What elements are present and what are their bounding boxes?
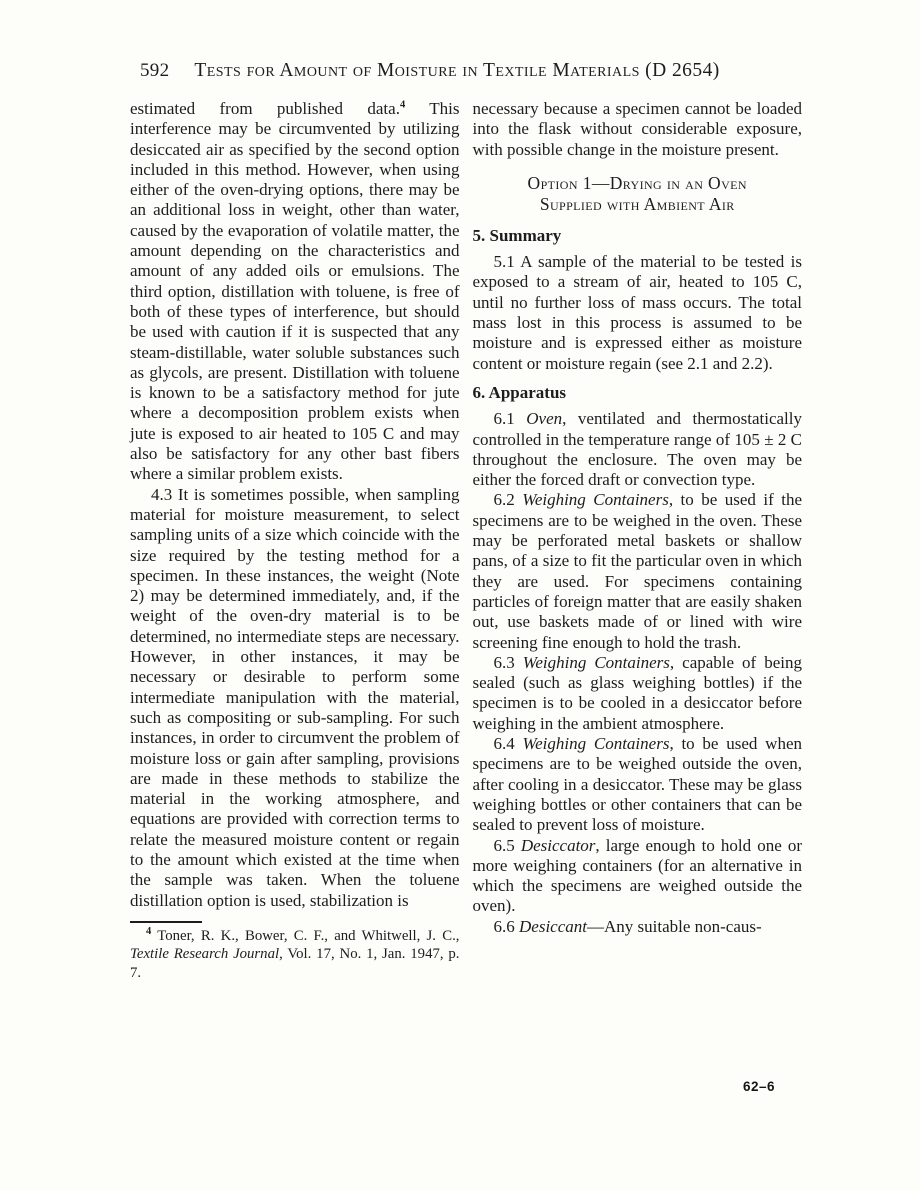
- paragraph-6-4: 6.4 Weighing Containers, to be used when…: [473, 734, 803, 835]
- clause-term: Weighing Containers: [523, 734, 670, 753]
- clause-number: 6.4: [494, 734, 523, 753]
- clause-term: Desiccator: [521, 836, 596, 855]
- footnote-divider: [130, 921, 202, 923]
- footnote-block: 4 Toner, R. K., Bower, C. F., and Whitwe…: [130, 921, 460, 983]
- paragraph-continuation: necessary because a specimen cannot be l…: [473, 99, 803, 160]
- page-content: 592 Tests for Amount of Moisture in Text…: [130, 60, 802, 983]
- paragraph-text: This interference may be circumvented by…: [130, 99, 460, 483]
- paragraph-6-5: 6.5 Desiccator, large enough to hold one…: [473, 836, 803, 917]
- scanned-document-page: 592 Tests for Amount of Moisture in Text…: [0, 0, 920, 1191]
- clause-term: Desiccant: [519, 917, 587, 936]
- right-column: necessary because a specimen cannot be l…: [473, 99, 803, 983]
- clause-term: Weighing Containers: [523, 653, 670, 672]
- page-header: 592 Tests for Amount of Moisture in Text…: [130, 60, 802, 82]
- page-number: 592: [140, 60, 169, 82]
- paragraph-6-2: 6.2 Weighing Containers, to be used if t…: [473, 490, 803, 652]
- clause-number: 6.6: [494, 917, 520, 936]
- footnote-journal-title: Textile Research Journal: [130, 946, 279, 962]
- paragraph-6-6: 6.6 Desiccant—Any suitable non-caus-: [473, 917, 803, 937]
- clause-term: Oven: [526, 409, 562, 428]
- paragraph-text: estimated from published data.: [130, 99, 400, 118]
- left-column: estimated from published data.4 This int…: [130, 99, 460, 983]
- clause-number: 6.2: [494, 490, 523, 509]
- paragraph-text: A sample of the material to be tested is…: [473, 252, 803, 372]
- section-6-heading: 6. Apparatus: [473, 383, 803, 403]
- paragraph-continuation: estimated from published data.4 This int…: [130, 99, 460, 485]
- clause-number: 5.1: [494, 252, 521, 271]
- paragraph-5-1: 5.1 A sample of the material to be teste…: [473, 252, 803, 374]
- option-heading-line1: Option 1—Drying in an Oven: [473, 173, 803, 195]
- paragraph-text: —Any suitable non-caus-: [587, 917, 762, 936]
- clause-number: 6.5: [494, 836, 521, 855]
- paragraph-text: , to be used if the specimens are to be …: [473, 490, 803, 651]
- footnote-authors: Toner, R. K., Bower, C. F., and Whitwell…: [151, 928, 459, 944]
- page-footer-code: 62–6: [743, 1079, 775, 1094]
- clause-number: 6.1: [494, 409, 527, 428]
- paragraph-6-1: 6.1 Oven, ventilated and thermostaticall…: [473, 409, 803, 490]
- section-5-heading: 5. Summary: [473, 226, 803, 246]
- option-heading-line2: Supplied with Ambient Air: [473, 194, 803, 216]
- paragraph-6-3: 6.3 Weighing Containers, capable of bein…: [473, 653, 803, 734]
- two-column-body: estimated from published data.4 This int…: [130, 99, 802, 983]
- clause-number: 6.3: [494, 653, 523, 672]
- footnote-text: 4 Toner, R. K., Bower, C. F., and Whitwe…: [130, 927, 460, 983]
- clause-term: Weighing Containers: [522, 490, 669, 509]
- paragraph-4-3: 4.3 It is sometimes possible, when sampl…: [130, 485, 460, 911]
- option-1-heading: Option 1—Drying in an Oven Supplied with…: [473, 173, 803, 216]
- document-title: Tests for Amount of Moisture in Textile …: [194, 60, 719, 82]
